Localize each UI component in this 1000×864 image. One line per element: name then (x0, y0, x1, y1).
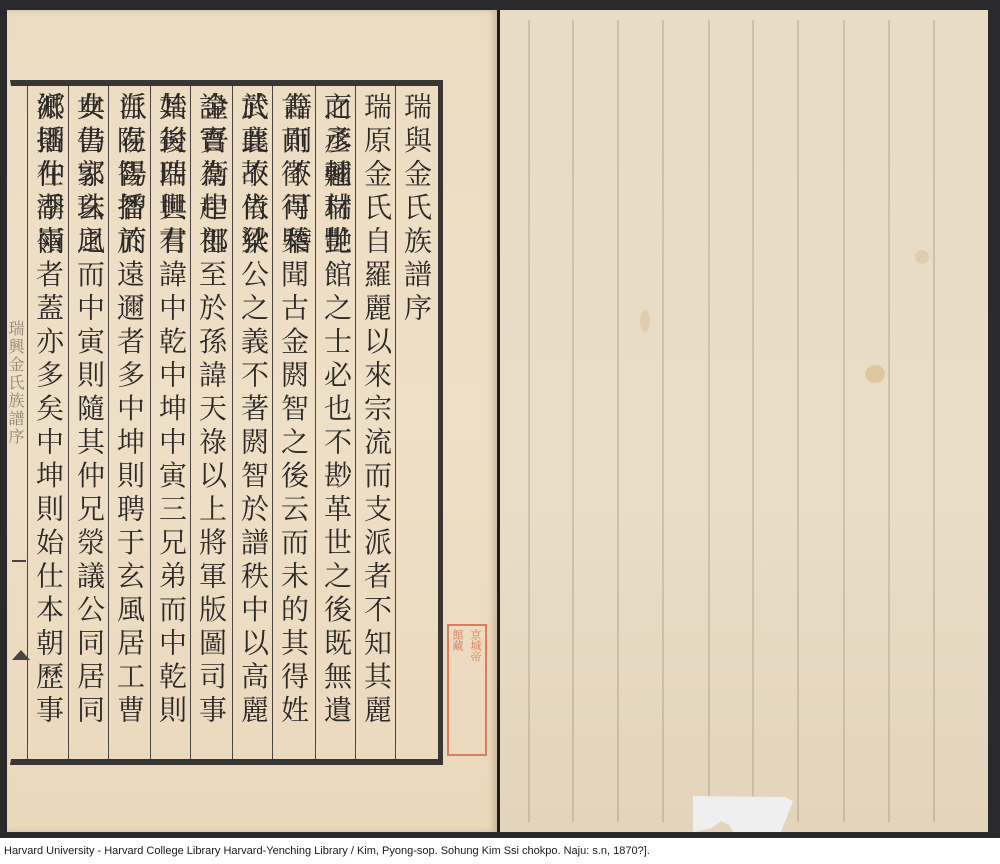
column-text: 諱寶為起祖至於孫諱天祿以上將軍版圖司事始封瑞興君 (191, 92, 231, 759)
column-text: 古而徵得槩聞古金閼智之後云而未的其得姓於此故依狄 (273, 92, 313, 759)
column-text: 其後四世有諱中乾中坤中寅三兄弟而中乾則派在陽智而 (151, 92, 191, 759)
column-text: 自陽智播於遠邇者多中坤則聘于玄風居工曹典書郭珠之 (109, 92, 149, 759)
library-seal-stamp: 京城帝 館藏 (447, 624, 487, 756)
text-column: 其後四世有諱中乾中坤中寅三兄弟而中乾則派在陽智而 (150, 86, 190, 759)
ruled-line (888, 20, 890, 822)
paper-stain (640, 310, 650, 332)
column-text: 之彥翹材艷館之士必也不尠革世之後既無遺籍則不可稽 (316, 92, 356, 759)
right-page (500, 10, 988, 832)
paper-label-patch (693, 796, 793, 832)
paper-stain (865, 365, 885, 383)
text-column: 自陽智播於遠邇者多中坤則聘于玄風居工曹典書郭珠之 (108, 86, 148, 759)
column-text: 瑞原金氏自羅麗以來宗流而支派者不知其麗而丞輔瑞世 (356, 92, 396, 759)
text-column: 瑞原金氏自羅麗以來宗流而支派者不知其麗而丞輔瑞世 (355, 86, 395, 759)
ruled-line (797, 20, 799, 822)
seal-text: 京城帝 (467, 629, 483, 751)
text-column: 之彥翹材艷館之士必也不尠革世之後既無遺籍則不可稽 (315, 86, 355, 759)
column-text: 派播在湖嶺者蓋亦多矣中坤則始仕本朝歷事 (28, 92, 68, 729)
ruled-line (933, 20, 935, 822)
text-column: 女仍家玄風而中寅則隨其仲兄滎議公同居同鄉則仲季兩 (68, 86, 108, 759)
ruled-line (708, 20, 710, 822)
image-caption: Harvard University - Harvard College Lib… (4, 845, 650, 857)
scanned-book-image: 瑞興金氏族譜序 瑞與金氏族譜序 瑞原金氏自羅麗以來宗流而支派者不知其麗而丞輔瑞世… (0, 0, 1000, 838)
page-number-mark (12, 560, 26, 562)
text-column: 瑞與金氏族譜序 (395, 86, 435, 759)
ruled-line (617, 20, 619, 822)
ruled-line (528, 20, 530, 822)
text-column: 諱寶為起祖至於孫諱天祿以上將軍版圖司事始封瑞興君 (190, 86, 230, 759)
text-column: 派播在湖嶺者蓋亦多矣中坤則始仕本朝歷事 (27, 86, 67, 759)
ruled-line (662, 20, 664, 822)
column-text: 女仍家玄風而中寅則隨其仲兄滎議公同居同鄉則仲季兩 (69, 92, 109, 759)
text-column: 古而徵得槩聞古金閼智之後云而未的其得姓於此故依狄 (272, 86, 312, 759)
ruled-line (843, 20, 845, 822)
ruled-line (752, 20, 754, 822)
column-text: 武襄不肖梁公之義不著閼智於譜秩中以高麗金吾衛中郎 (233, 92, 273, 759)
text-column: 武襄不肖梁公之義不著閼智於譜秩中以高麗金吾衛中郎 (232, 86, 272, 759)
banxin-title: 瑞興金氏族譜序 (9, 320, 27, 446)
ruled-line (572, 20, 574, 822)
seal-text: 館藏 (449, 629, 465, 751)
column-text: 瑞與金氏族譜序 (396, 92, 436, 327)
paper-stain (915, 250, 929, 264)
